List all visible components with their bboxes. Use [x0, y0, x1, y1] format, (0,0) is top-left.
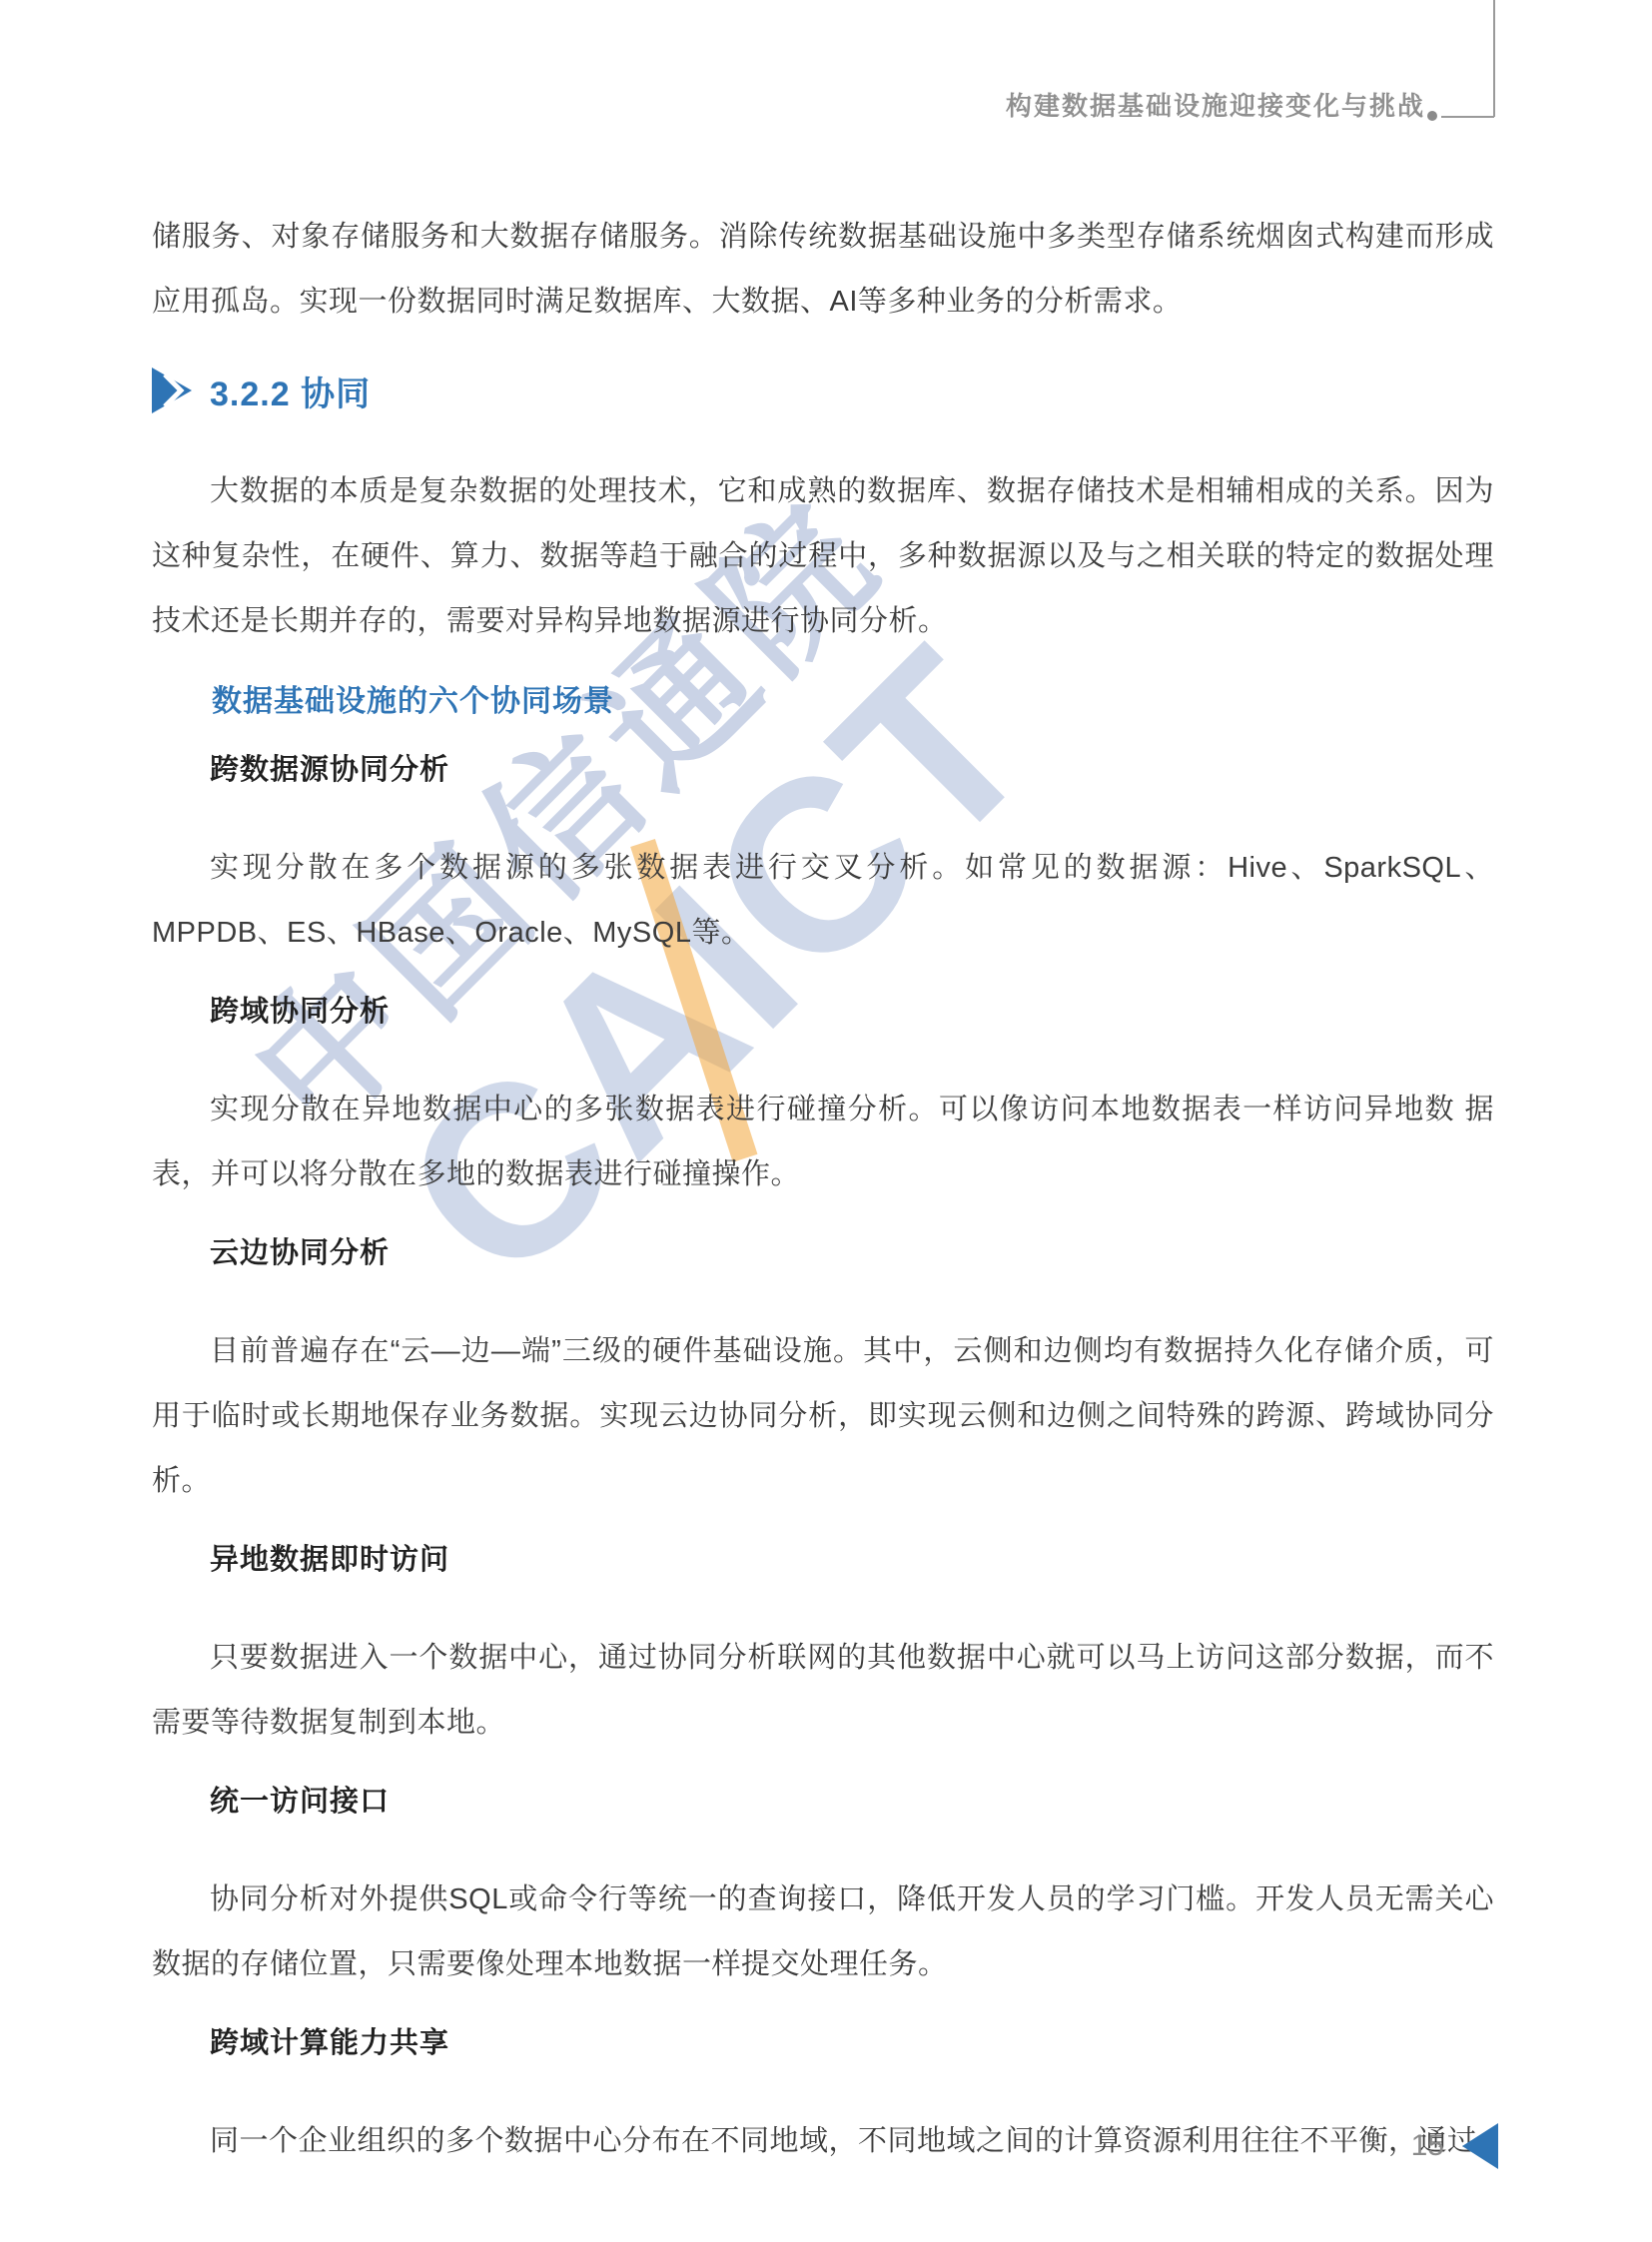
- page-footer: 15: [1411, 2123, 1498, 2169]
- scene-body: 协同分析对外提供SQL或命令行等统一的查询接口，降低开发人员的学习门槛。开发人员…: [152, 1868, 1494, 1997]
- scene-title: 统一访问接口: [152, 1782, 1494, 1822]
- scene-block: 跨数据源协同分析 实现分散在多个数据源的多张数据表进行交叉分析。如常见的数据源：…: [152, 750, 1494, 966]
- scene-title: 跨数据源协同分析: [152, 750, 1494, 790]
- corner-vertical-line: [1493, 0, 1495, 117]
- intro-paragraph: 储服务、对象存储服务和大数据存储服务。消除传统数据基础设施中多类型存储系统烟囱式…: [152, 205, 1494, 335]
- corner-horizontal-line: [1441, 116, 1494, 118]
- scene-body: 只要数据进入一个数据中心，通过协同分析联网的其他数据中心就可以马上访问这部分数据…: [152, 1626, 1494, 1756]
- running-header-title: 构建数据基础设施迎接变化与挑战: [1006, 86, 1425, 123]
- page-content: 储服务、对象存储服务和大数据存储服务。消除传统数据基础设施中多类型存储系统烟囱式…: [152, 205, 1494, 2174]
- section-heading-label: 3.2.2 协同: [210, 367, 371, 415]
- scene-body: 目前普遍存在“云—边—端”三级的硬件基础设施。其中，云侧和边侧均有数据持久化存储…: [152, 1319, 1494, 1514]
- scene-title: 云边协同分析: [152, 1233, 1494, 1273]
- footer-left-triangle-icon: [1462, 2123, 1498, 2169]
- section-arrow-icon: [152, 368, 194, 413]
- scene-body: 实现分散在异地数据中心的多张数据表进行碰撞分析。可以像访问本地数据表一样访问异地…: [152, 1078, 1494, 1207]
- scene-body: 实现分散在多个数据源的多张数据表进行交叉分析。如常见的数据源：Hive、Spar…: [152, 836, 1494, 966]
- scene-block: 跨域协同分析 实现分散在异地数据中心的多张数据表进行碰撞分析。可以像访问本地数据…: [152, 992, 1494, 1207]
- scene-title: 异地数据即时访问: [152, 1540, 1494, 1580]
- document-page: 中国信通院 CAICT 构建数据基础设施迎接变化与挑战 储服务、对象存储服务和大…: [0, 0, 1652, 2242]
- scenes-heading: 数据基础设施的六个协同场景: [152, 680, 1494, 724]
- scene-block: 异地数据即时访问 只要数据进入一个数据中心，通过协同分析联网的其他数据中心就可以…: [152, 1540, 1494, 1756]
- section-heading: 3.2.2 协同: [152, 367, 1494, 414]
- page-number: 15: [1411, 2123, 1444, 2169]
- scene-body: 同一个企业组织的多个数据中心分布在不同地域，不同地域之间的计算资源利用往往不平衡…: [152, 2109, 1494, 2174]
- scene-title: 跨域计算能力共享: [152, 2023, 1494, 2063]
- section-intro-paragraph: 大数据的本质是复杂数据的处理技术，它和成熟的数据库、数据存储技术是相辅相成的关系…: [152, 459, 1494, 654]
- scene-block: 云边协同分析 目前普遍存在“云—边—端”三级的硬件基础设施。其中，云侧和边侧均有…: [152, 1233, 1494, 1514]
- scene-block: 统一访问接口 协同分析对外提供SQL或命令行等统一的查询接口，降低开发人员的学习…: [152, 1782, 1494, 1997]
- scene-block: 跨域计算能力共享 同一个企业组织的多个数据中心分布在不同地域，不同地域之间的计算…: [152, 2023, 1494, 2174]
- scene-title: 跨域协同分析: [152, 992, 1494, 1032]
- corner-bullet-dot-icon: [1427, 111, 1437, 121]
